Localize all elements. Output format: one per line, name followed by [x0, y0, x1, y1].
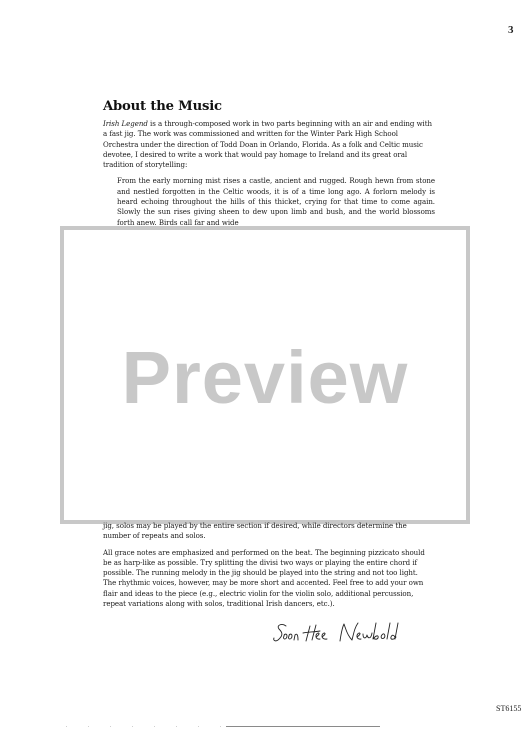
- intro-text: is a through-composed work in two parts …: [103, 119, 432, 169]
- about-section: About the Music Irish Legend is a throug…: [103, 99, 433, 228]
- composer-signature: Soon Hee Newbold: [272, 618, 412, 648]
- story-quote: From the early morning mist rises a cast…: [117, 176, 435, 227]
- continued-section: jig, solos may be played by the entire s…: [103, 521, 433, 615]
- catalog-code: ST6155: [496, 704, 521, 713]
- footer-rule: [226, 726, 380, 727]
- intro-paragraph: Irish Legend is a through-composed work …: [103, 119, 433, 170]
- preview-watermark-label: Preview: [122, 335, 409, 420]
- performance-notes-paragraph: All grace notes are emphasized and perfo…: [103, 548, 433, 610]
- preview-watermark-overlay: Preview: [60, 226, 470, 524]
- piece-title: Irish Legend: [103, 119, 148, 128]
- footer-dots: [66, 726, 226, 727]
- section-title: About the Music: [103, 99, 433, 114]
- page-number: 3: [508, 24, 514, 36]
- continued-paragraph: jig, solos may be played by the entire s…: [103, 521, 433, 542]
- signature-icon: [272, 618, 412, 648]
